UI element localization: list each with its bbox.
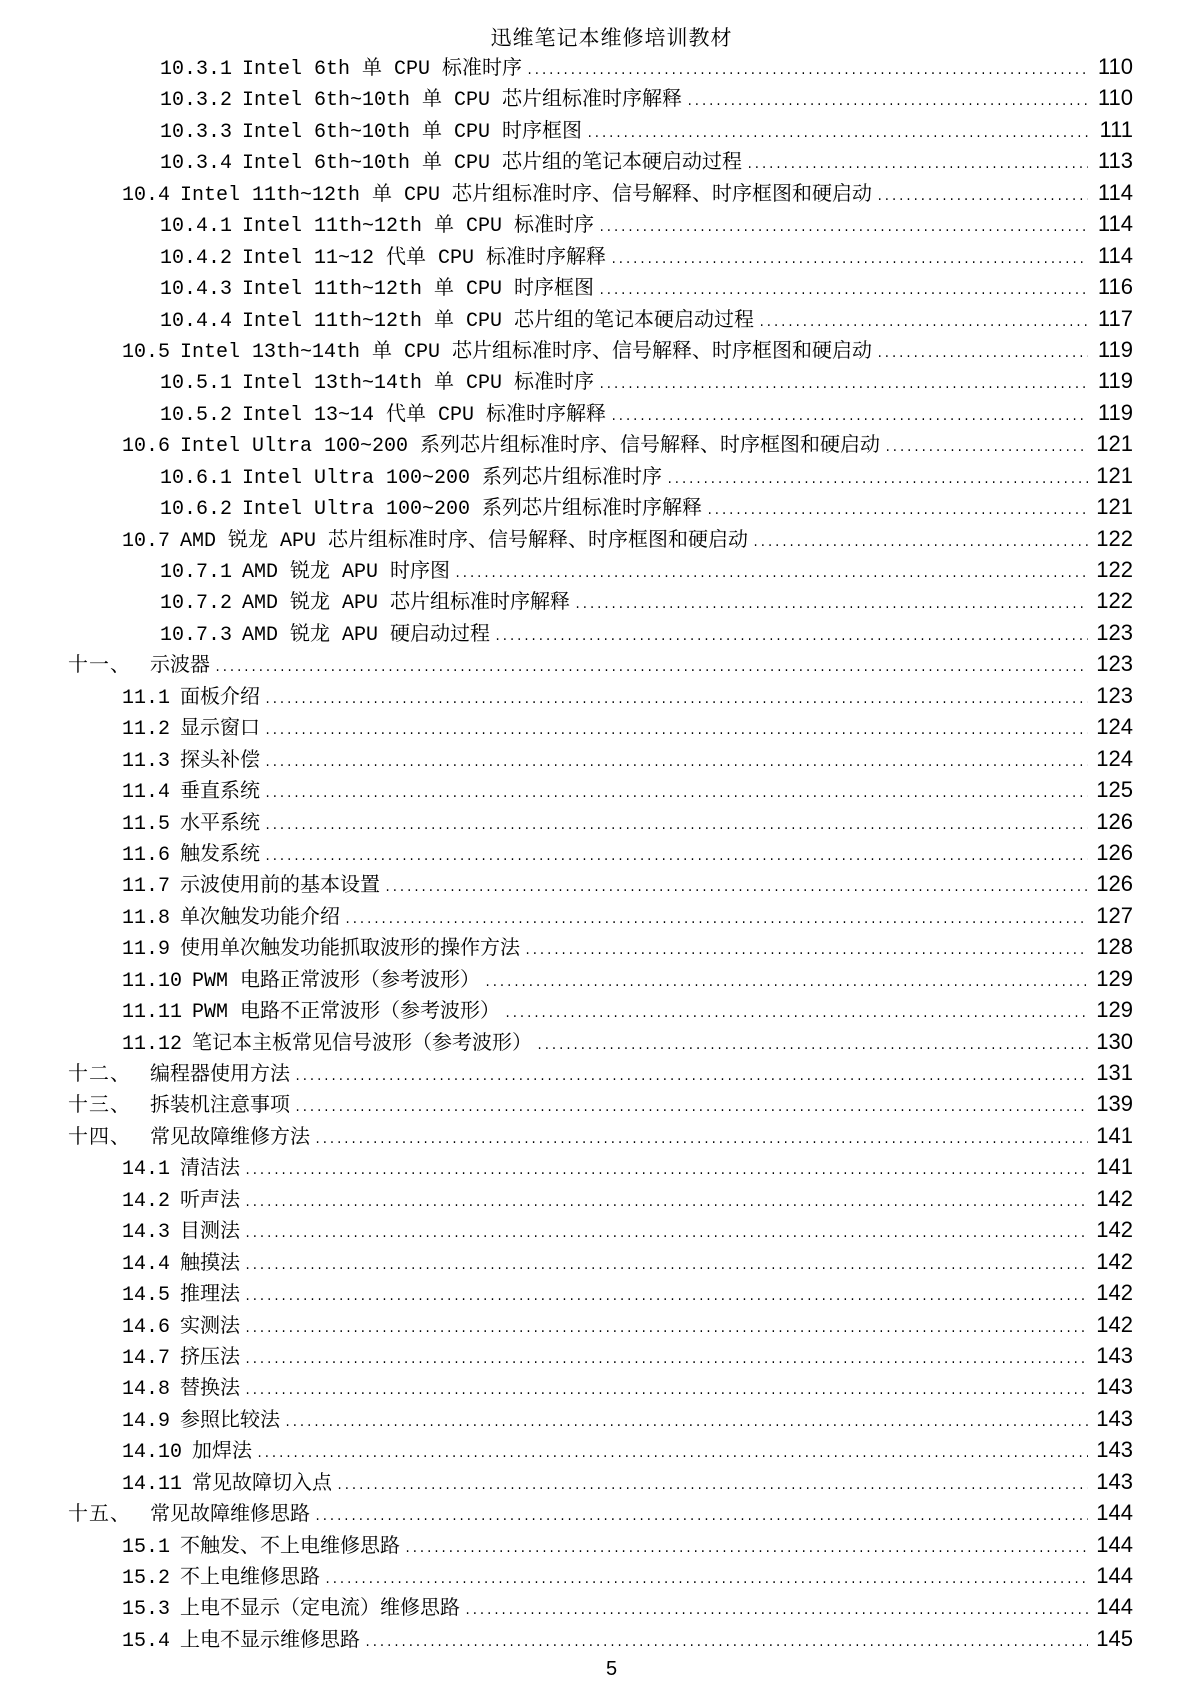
toc-entry-page: 123	[1095, 680, 1133, 711]
toc-entry-number: 10.4.2	[160, 243, 232, 274]
toc-entry[interactable]: 14.10 加焊法 143	[68, 1434, 1133, 1465]
toc-entry-title: AMD 锐龙 APU 时序图	[242, 557, 450, 588]
toc-entry-title: 编程器使用方法	[150, 1060, 290, 1091]
dot-leader	[314, 1502, 1088, 1533]
toc-entry-number: 10.7	[122, 526, 170, 557]
toc-entry-title: AMD 锐龙 APU 芯片组标准时序、信号解释、时序框图和硬启动	[180, 526, 748, 557]
toc-entry[interactable]: 11.3 探头补偿 124	[68, 743, 1133, 774]
toc-entry-page: 123	[1095, 617, 1133, 648]
toc-entry-title: Intel Ultra 100~200 系列芯片组标准时序解释	[242, 494, 702, 525]
table-of-contents: 10.3.1 Intel 6th 单 CPU 标准时序 110 10.3.2 I…	[68, 51, 1133, 1654]
toc-entry-number: 11.11	[122, 997, 182, 1028]
toc-entry[interactable]: 14.2 听声法 142	[68, 1183, 1133, 1214]
toc-entry-title: 单次触发功能介绍	[180, 903, 340, 934]
toc-entry[interactable]: 十二、 编程器使用方法 131	[68, 1057, 1133, 1088]
dot-leader	[264, 811, 1088, 842]
toc-entry-page: 144	[1095, 1560, 1133, 1591]
toc-entry-title: 清洁法	[180, 1154, 240, 1185]
dot-leader	[264, 716, 1088, 747]
toc-entry-page: 139	[1095, 1088, 1133, 1119]
toc-entry-title: PWM 电路正常波形（参考波形）	[192, 966, 480, 997]
toc-entry-page: 119	[1095, 334, 1133, 365]
toc-entry[interactable]: 10.3.4 Intel 6th~10th 单 CPU 芯片组的笔记本硬启动过程…	[68, 145, 1133, 176]
toc-entry[interactable]: 11.12 笔记本主板常见信号波形（参考波形） 130	[68, 1026, 1133, 1057]
dot-leader	[264, 685, 1088, 716]
toc-entry-page: 116	[1095, 271, 1133, 302]
toc-entry[interactable]: 10.5 Intel 13th~14th 单 CPU 芯片组标准时序、信号解释、…	[68, 334, 1133, 365]
toc-entry-page: 124	[1095, 743, 1133, 774]
toc-entry-title: AMD 锐龙 APU 芯片组标准时序解释	[242, 588, 570, 619]
toc-entry-title: Intel Ultra 100~200 系列芯片组标准时序、信号解释、时序框图和…	[180, 431, 880, 462]
toc-entry[interactable]: 十四、 常见故障维修方法 141	[68, 1120, 1133, 1151]
toc-entry-title: 推理法	[180, 1280, 240, 1311]
document-page: 迅维笔记本维修培训教材 10.3.1 Intel 6th 单 CPU 标准时序 …	[0, 0, 1200, 1698]
dot-leader	[264, 842, 1088, 873]
dot-leader	[384, 873, 1088, 904]
toc-entry-page: 110	[1095, 51, 1133, 82]
toc-entry-page: 122	[1095, 554, 1133, 585]
toc-entry-page: 130	[1095, 1026, 1133, 1057]
toc-entry[interactable]: 14.11 常见故障切入点 143	[68, 1466, 1133, 1497]
dot-leader	[666, 465, 1088, 496]
toc-entry-number: 11.6	[122, 840, 170, 871]
toc-entry-page: 128	[1095, 931, 1133, 962]
toc-entry-number: 10.5.2	[160, 400, 232, 431]
toc-entry-title: Intel Ultra 100~200 系列芯片组标准时序	[242, 463, 662, 494]
toc-entry-number: 10.4.4	[160, 306, 232, 337]
dot-leader	[884, 433, 1088, 464]
toc-entry[interactable]: 十五、 常见故障维修思路 144	[68, 1497, 1133, 1528]
toc-entry-title: 常见故障切入点	[192, 1469, 332, 1500]
toc-entry-page: 122	[1095, 523, 1133, 554]
dot-leader	[336, 1471, 1088, 1502]
dot-leader	[344, 905, 1088, 936]
dot-leader	[526, 56, 1088, 87]
dot-leader	[536, 1031, 1088, 1062]
toc-entry-number: 十五、	[68, 1500, 131, 1531]
toc-entry-number: 10.5.1	[160, 368, 232, 399]
toc-entry-title: 挤压法	[180, 1343, 240, 1374]
toc-entry-title: 不上电维修思路	[180, 1563, 320, 1594]
toc-entry-number: 十三、	[68, 1091, 131, 1122]
dot-leader	[484, 968, 1088, 999]
toc-entry[interactable]: 10.4 Intel 11th~12th 单 CPU 芯片组标准时序、信号解释、…	[68, 177, 1133, 208]
toc-entry-page: 143	[1095, 1434, 1133, 1465]
toc-entry-number: 14.6	[122, 1312, 170, 1343]
page-number: 5	[68, 1658, 1155, 1681]
toc-entry[interactable]: 11.10 PWM 电路正常波形（参考波形） 129	[68, 963, 1133, 994]
toc-entry-page: 142	[1095, 1309, 1133, 1340]
dot-leader	[504, 999, 1088, 1030]
toc-entry[interactable]: 15.2 不上电维修思路 144	[68, 1560, 1133, 1591]
toc-entry-page: 125	[1095, 774, 1133, 805]
toc-entry-page: 142	[1095, 1183, 1133, 1214]
toc-entry-number: 14.11	[122, 1469, 182, 1500]
dot-leader	[454, 559, 1088, 590]
dot-leader	[574, 590, 1088, 621]
toc-entry[interactable]: 14.6 实测法 142	[68, 1309, 1133, 1340]
toc-entry[interactable]: 11.2 显示窗口 124	[68, 711, 1133, 742]
toc-entry-title: Intel 11~12 代单 CPU 标准时序解释	[242, 243, 606, 274]
toc-entry[interactable]: 10.6.1 Intel Ultra 100~200 系列芯片组标准时序 121	[68, 460, 1133, 491]
dot-leader	[404, 1534, 1088, 1565]
dot-leader	[610, 402, 1088, 433]
toc-entry-page: 114	[1095, 177, 1133, 208]
toc-entry-title: Intel 6th~10th 单 CPU 芯片组的笔记本硬启动过程	[242, 148, 742, 179]
toc-entry-title: 面板介绍	[180, 683, 260, 714]
toc-entry-title: 加焊法	[192, 1437, 252, 1468]
dot-leader	[610, 245, 1088, 276]
dot-leader	[264, 748, 1088, 779]
toc-entry-title: Intel 11th~12th 单 CPU 标准时序	[242, 211, 594, 242]
toc-entry[interactable]: 11.1 面板介绍 123	[68, 680, 1133, 711]
toc-entry-number: 11.5	[122, 809, 170, 840]
toc-entry[interactable]: 十一、 示波器 123	[68, 648, 1133, 679]
toc-entry-number: 十四、	[68, 1123, 131, 1154]
toc-entry-number: 14.5	[122, 1280, 170, 1311]
dot-leader	[706, 496, 1088, 527]
toc-entry-number: 14.4	[122, 1249, 170, 1280]
toc-entry-page: 126	[1095, 868, 1133, 899]
toc-entry-number: 11.12	[122, 1029, 182, 1060]
toc-entry-number: 10.5	[122, 337, 170, 368]
toc-entry-number: 11.2	[122, 714, 170, 745]
toc-entry-number: 10.7.3	[160, 620, 232, 651]
toc-entry-number: 15.4	[122, 1626, 170, 1657]
toc-entry[interactable]: 11.7 示波使用前的基本设置 126	[68, 868, 1133, 899]
toc-entry[interactable]: 14.7 挤压法 143	[68, 1340, 1133, 1371]
toc-entry-number: 10.7.2	[160, 588, 232, 619]
toc-entry-number: 14.2	[122, 1186, 170, 1217]
toc-entry-title: Intel 13th~14th 单 CPU 标准时序	[242, 368, 594, 399]
toc-entry-number: 14.3	[122, 1217, 170, 1248]
dot-leader	[214, 653, 1088, 684]
toc-entry[interactable]: 11.8 单次触发功能介绍 127	[68, 900, 1133, 931]
toc-entry-page: 129	[1095, 963, 1133, 994]
toc-entry-number: 10.7.1	[160, 557, 232, 588]
toc-entry[interactable]: 10.7.2 AMD 锐龙 APU 芯片组标准时序解释 122	[68, 585, 1133, 616]
toc-entry-page: 141	[1095, 1151, 1133, 1182]
toc-entry-number: 15.2	[122, 1563, 170, 1594]
toc-entry-number: 10.3.4	[160, 148, 232, 179]
toc-entry[interactable]: 14.5 推理法 142	[68, 1277, 1133, 1308]
dot-leader	[752, 528, 1088, 559]
dot-leader	[244, 1219, 1088, 1250]
toc-entry-title: 实测法	[180, 1312, 240, 1343]
toc-entry-title: Intel 6th 单 CPU 标准时序	[242, 54, 522, 85]
dot-leader	[324, 1565, 1088, 1596]
toc-entry-title: 显示窗口	[180, 714, 260, 745]
toc-entry[interactable]: 10.4.3 Intel 11th~12th 单 CPU 时序框图 116	[68, 271, 1133, 302]
toc-entry-page: 113	[1095, 145, 1133, 176]
dot-leader	[494, 622, 1088, 653]
toc-entry-title: 探头补偿	[180, 746, 260, 777]
dot-leader	[314, 1125, 1088, 1156]
toc-entry-number: 14.1	[122, 1154, 170, 1185]
toc-entry-number: 10.6	[122, 431, 170, 462]
toc-entry-title: 示波器	[150, 651, 210, 682]
toc-entry-page: 126	[1095, 806, 1133, 837]
toc-entry[interactable]: 14.4 触摸法 142	[68, 1246, 1133, 1277]
toc-entry-page: 124	[1095, 711, 1133, 742]
toc-entry-page: 114	[1095, 240, 1133, 271]
toc-entry-page: 131	[1095, 1057, 1133, 1088]
toc-entry-page: 121	[1095, 428, 1133, 459]
toc-entry-title: Intel 11th~12th 单 CPU 芯片组的笔记本硬启动过程	[242, 306, 754, 337]
toc-entry-page: 119	[1095, 397, 1133, 428]
toc-entry[interactable]: 14.8 替换法 143	[68, 1371, 1133, 1402]
toc-entry[interactable]: 15.1 不触发、不上电维修思路 144	[68, 1529, 1133, 1560]
toc-entry[interactable]: 11.6 触发系统 126	[68, 837, 1133, 868]
toc-entry-number: 10.3.3	[160, 117, 232, 148]
toc-entry-title: Intel 13th~14th 单 CPU 芯片组标准时序、信号解释、时序框图和…	[180, 337, 872, 368]
toc-entry-number: 11.3	[122, 746, 170, 777]
toc-entry-page: 129	[1095, 994, 1133, 1025]
toc-entry-page: 144	[1095, 1497, 1133, 1528]
toc-entry-page: 143	[1095, 1466, 1133, 1497]
toc-entry[interactable]: 11.11 PWM 电路不正常波形（参考波形） 129	[68, 994, 1133, 1025]
dot-leader	[284, 1408, 1088, 1439]
toc-entry-number: 10.4	[122, 180, 170, 211]
toc-entry-number: 11.8	[122, 903, 170, 934]
toc-entry[interactable]: 10.4.4 Intel 11th~12th 单 CPU 芯片组的笔记本硬启动过…	[68, 303, 1133, 334]
toc-entry-title: 笔记本主板常见信号波形（参考波形）	[192, 1029, 532, 1060]
dot-leader	[256, 1439, 1088, 1470]
toc-entry-number: 11.1	[122, 683, 170, 714]
dot-leader	[244, 1156, 1088, 1187]
toc-entry[interactable]: 十三、 拆装机注意事项 139	[68, 1088, 1133, 1119]
dot-leader	[244, 1188, 1088, 1219]
dot-leader	[244, 1345, 1088, 1376]
page-header-title: 迅维笔记本维修培训教材	[68, 22, 1155, 52]
toc-entry-title: AMD 锐龙 APU 硬启动过程	[242, 620, 490, 651]
toc-entry[interactable]: 10.3.1 Intel 6th 单 CPU 标准时序 110	[68, 51, 1133, 82]
toc-entry-page: 143	[1095, 1371, 1133, 1402]
toc-entry-title: Intel 11th~12th 单 CPU 芯片组标准时序、信号解释、时序框图和…	[180, 180, 872, 211]
dot-leader	[598, 370, 1088, 401]
toc-entry[interactable]: 10.4.1 Intel 11th~12th 单 CPU 标准时序 114	[68, 208, 1133, 239]
toc-entry[interactable]: 10.4.2 Intel 11~12 代单 CPU 标准时序解释 114	[68, 240, 1133, 271]
dot-leader	[294, 1062, 1088, 1093]
toc-entry[interactable]: 14.1 清洁法 141	[68, 1151, 1133, 1182]
toc-entry-page: 145	[1095, 1623, 1133, 1654]
toc-entry-title: 拆装机注意事项	[150, 1091, 290, 1122]
toc-entry-title: 触发系统	[180, 840, 260, 871]
toc-entry-title: 上电不显示（定电流）维修思路	[180, 1594, 460, 1625]
toc-entry-title: 常见故障维修方法	[150, 1123, 310, 1154]
toc-entry-title: Intel 13~14 代单 CPU 标准时序解释	[242, 400, 606, 431]
toc-entry-number: 14.9	[122, 1406, 170, 1437]
toc-entry-title: PWM 电路不正常波形（参考波形）	[192, 997, 500, 1028]
toc-entry-title: Intel 6th~10th 单 CPU 芯片组标准时序解释	[242, 85, 682, 116]
toc-entry-page: 119	[1095, 365, 1133, 396]
dot-leader	[244, 1376, 1088, 1407]
dot-leader	[686, 87, 1088, 118]
toc-entry[interactable]: 10.7 AMD 锐龙 APU 芯片组标准时序、信号解释、时序框图和硬启动 12…	[68, 523, 1133, 554]
dot-leader	[876, 182, 1088, 213]
toc-entry-number: 十一、	[68, 651, 131, 682]
toc-entry-number: 15.1	[122, 1532, 170, 1563]
toc-entry[interactable]: 10.3.2 Intel 6th~10th 单 CPU 芯片组标准时序解释 11…	[68, 82, 1133, 113]
toc-entry[interactable]: 10.6.2 Intel Ultra 100~200 系列芯片组标准时序解释 1…	[68, 491, 1133, 522]
toc-entry-number: 14.7	[122, 1343, 170, 1374]
toc-entry-title: 目测法	[180, 1217, 240, 1248]
toc-entry-title: 听声法	[180, 1186, 240, 1217]
toc-entry[interactable]: 10.5.1 Intel 13th~14th 单 CPU 标准时序 119	[68, 365, 1133, 396]
toc-entry[interactable]: 11.5 水平系统 126	[68, 806, 1133, 837]
toc-entry[interactable]: 10.7.3 AMD 锐龙 APU 硬启动过程 123	[68, 617, 1133, 648]
dot-leader	[364, 1628, 1088, 1659]
toc-entry[interactable]: 15.4 上电不显示维修思路 145	[68, 1623, 1133, 1654]
toc-entry-page: 110	[1095, 82, 1133, 113]
toc-entry-number: 十二、	[68, 1060, 131, 1091]
toc-entry[interactable]: 14.9 参照比较法 143	[68, 1403, 1133, 1434]
toc-entry-page: 123	[1095, 648, 1133, 679]
dot-leader	[598, 213, 1088, 244]
toc-entry-page: 122	[1095, 585, 1133, 616]
dot-leader	[876, 339, 1088, 370]
toc-entry-page: 127	[1095, 900, 1133, 931]
toc-entry-title: 使用单次触发功能抓取波形的操作方法	[180, 934, 520, 965]
toc-entry[interactable]: 11.4 垂直系统 125	[68, 774, 1133, 805]
dot-leader	[244, 1251, 1088, 1282]
toc-entry[interactable]: 10.5.2 Intel 13~14 代单 CPU 标准时序解释 119	[68, 397, 1133, 428]
dot-leader	[598, 276, 1088, 307]
toc-entry-page: 121	[1095, 491, 1133, 522]
dot-leader	[746, 150, 1088, 181]
toc-entry-number: 10.4.3	[160, 274, 232, 305]
toc-entry[interactable]: 10.7.1 AMD 锐龙 APU 时序图 122	[68, 554, 1133, 585]
toc-entry-number: 11.9	[122, 934, 170, 965]
toc-entry-page: 142	[1095, 1214, 1133, 1245]
toc-entry-number: 15.3	[122, 1594, 170, 1625]
dot-leader	[294, 1093, 1088, 1124]
toc-entry-page: 111	[1095, 114, 1133, 145]
dot-leader	[244, 1314, 1088, 1345]
toc-entry-number: 10.6.1	[160, 463, 232, 494]
toc-entry-title: 示波使用前的基本设置	[180, 871, 380, 902]
toc-entry[interactable]: 11.9 使用单次触发功能抓取波形的操作方法 128	[68, 931, 1133, 962]
toc-entry-page: 141	[1095, 1120, 1133, 1151]
toc-entry-title: 垂直系统	[180, 777, 260, 808]
toc-entry-title: 替换法	[180, 1374, 240, 1405]
toc-entry-number: 10.6.2	[160, 494, 232, 525]
toc-entry[interactable]: 14.3 目测法 142	[68, 1214, 1133, 1245]
toc-entry-title: 参照比较法	[180, 1406, 280, 1437]
toc-entry-page: 114	[1095, 208, 1133, 239]
toc-entry-page: 143	[1095, 1340, 1133, 1371]
dot-leader	[244, 1282, 1088, 1313]
toc-entry-page: 142	[1095, 1246, 1133, 1277]
toc-entry[interactable]: 10.6 Intel Ultra 100~200 系列芯片组标准时序、信号解释、…	[68, 428, 1133, 459]
toc-entry-page: 117	[1095, 303, 1133, 334]
toc-entry-number: 11.10	[122, 966, 182, 997]
toc-entry-page: 144	[1095, 1591, 1133, 1622]
toc-entry-title: 触摸法	[180, 1249, 240, 1280]
toc-entry[interactable]: 10.3.3 Intel 6th~10th 单 CPU 时序框图 111	[68, 114, 1133, 145]
dot-leader	[758, 308, 1088, 339]
toc-entry-number: 10.3.1	[160, 54, 232, 85]
toc-entry-title: 不触发、不上电维修思路	[180, 1532, 400, 1563]
toc-entry-number: 10.3.2	[160, 85, 232, 116]
toc-entry-page: 142	[1095, 1277, 1133, 1308]
toc-entry-number: 14.10	[122, 1437, 182, 1468]
toc-entry-page: 144	[1095, 1529, 1133, 1560]
toc-entry-title: 上电不显示维修思路	[180, 1626, 360, 1657]
toc-entry-number: 10.4.1	[160, 211, 232, 242]
dot-leader	[464, 1596, 1088, 1627]
toc-entry-title: Intel 11th~12th 单 CPU 时序框图	[242, 274, 594, 305]
toc-entry-title: Intel 6th~10th 单 CPU 时序框图	[242, 117, 582, 148]
toc-entry-title: 常见故障维修思路	[150, 1500, 310, 1531]
dot-leader	[264, 779, 1088, 810]
toc-entry-number: 11.7	[122, 871, 170, 902]
toc-entry-page: 143	[1095, 1403, 1133, 1434]
toc-entry-page: 126	[1095, 837, 1133, 868]
dot-leader	[524, 936, 1088, 967]
toc-entry-number: 14.8	[122, 1374, 170, 1405]
toc-entry-title: 水平系统	[180, 809, 260, 840]
toc-entry-page: 121	[1095, 460, 1133, 491]
dot-leader	[586, 119, 1088, 150]
toc-entry-number: 11.4	[122, 777, 170, 808]
toc-entry[interactable]: 15.3 上电不显示（定电流）维修思路 144	[68, 1591, 1133, 1622]
